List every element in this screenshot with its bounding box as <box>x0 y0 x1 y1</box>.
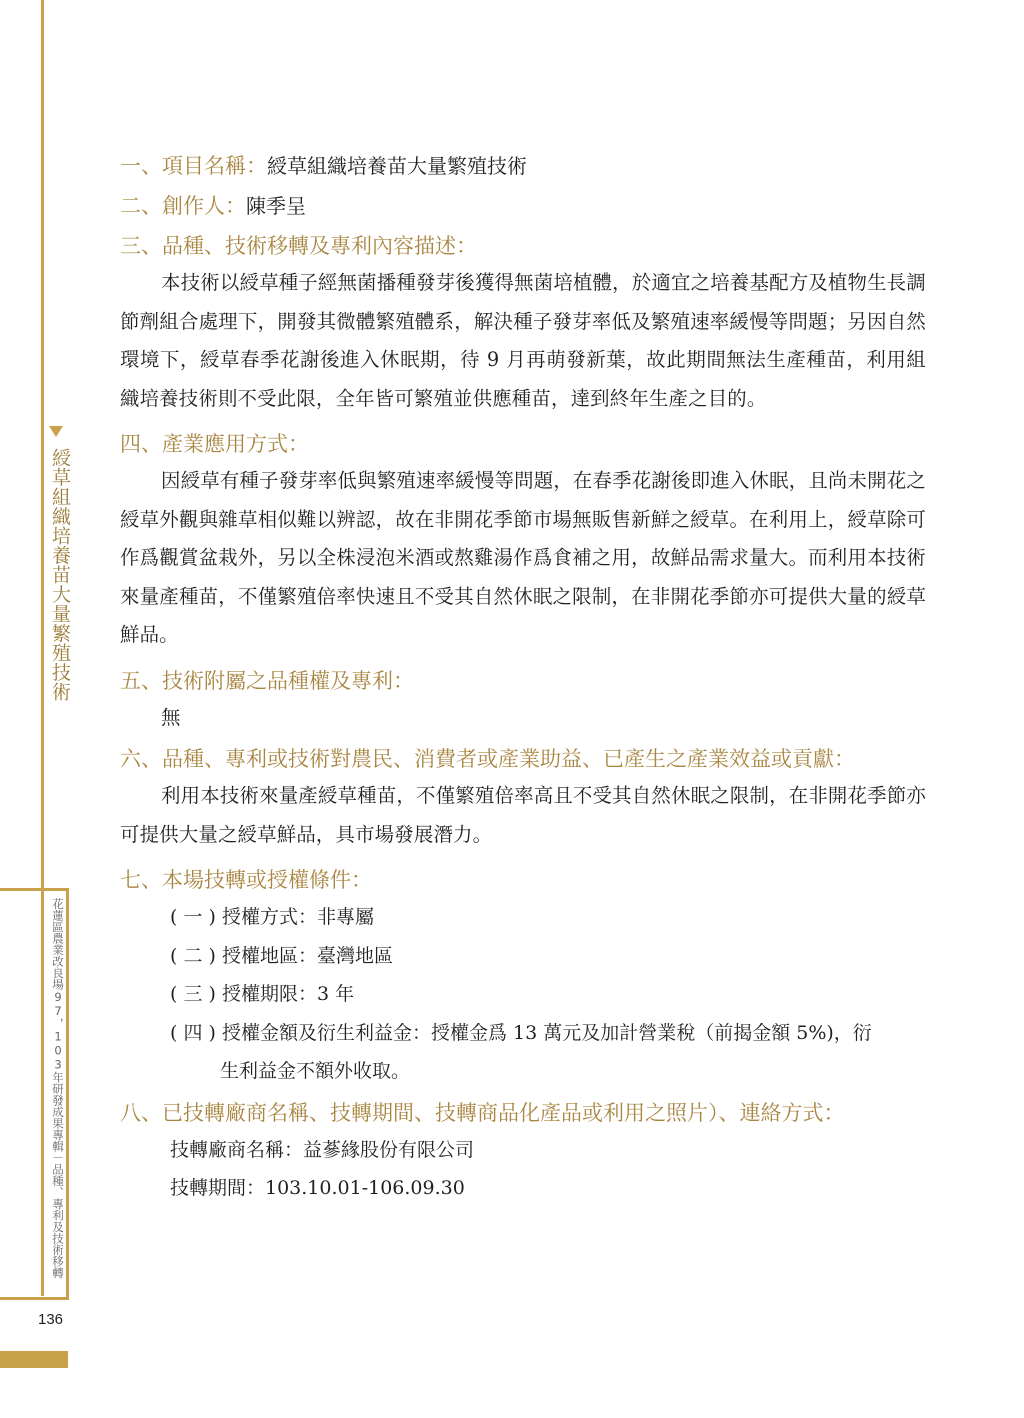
section-benefit-heading: 六、品種、專利或技術對農民、消費者或產業助益、已產生之產業效益或貢獻： <box>120 741 926 777</box>
transfer-company: 技轉廠商名稱：益蔘緣股份有限公司 <box>120 1131 926 1170</box>
section-transfer-heading: 八、已技轉廠商名稱、技轉期間、技轉商品化產品或利用之照片）、連絡方式： <box>120 1095 926 1131</box>
license-condition-4-continued: 生利益金不額外收取。 <box>120 1052 926 1091</box>
license-condition-2: ( 二 ) 授權地區：臺灣地區 <box>120 937 926 976</box>
section-application-heading: 四、產業應用方式： <box>120 426 926 462</box>
section-creator: 二、創作人：陳季呈 <box>120 188 926 224</box>
section-benefit-body: 利用本技術來量產綬草種苗，不僅繁殖倍率高且不受其自然休眠之限制，在非開花季節亦可… <box>120 777 926 854</box>
section-label: 一、項目名稱： <box>120 154 267 178</box>
document-body: 一、項目名稱：綬草組織培養苗大量繁殖技術 二、創作人：陳季呈 三、品種、技術移轉… <box>120 148 926 1208</box>
page-number: 136 <box>38 1311 63 1328</box>
section-description-heading: 三、品種、技術移轉及專利內容描述： <box>120 228 926 264</box>
section-description-body: 本技術以綬草種子經無菌播種發芽後獲得無菌培植體，於適宜之培養基配方及植物生長調節… <box>120 264 926 418</box>
chapter-title-vertical: 綬草組織培養苗大量繁殖技術 <box>46 448 70 702</box>
license-condition-4: ( 四 ) 授權金額及衍生利益金：授權金爲 13 萬元及加計營業稅（前揭金額 5… <box>120 1014 926 1053</box>
license-condition-3: ( 三 ) 授權期限：3 年 <box>120 975 926 1014</box>
section-project-name: 一、項目名稱：綬草組織培養苗大量繁殖技術 <box>120 148 926 184</box>
footer-accent-bar <box>0 1351 68 1368</box>
section-application-body: 因綬草有種子發芽率低與繁殖速率緩慢等問題，在春季花謝後即進入休眠，且尚未開花之綬… <box>120 462 926 655</box>
transfer-period: 技轉期間：103.10.01-106.09.30 <box>120 1169 926 1208</box>
section-value: 陳季呈 <box>246 194 306 218</box>
section-license-heading: 七、本場技轉或授權條件： <box>120 862 926 898</box>
license-condition-1: ( 一 ) 授權方式：非專屬 <box>120 898 926 937</box>
triangle-down-icon <box>49 426 63 437</box>
section-patent-heading: 五、技術附屬之品種權及專利： <box>120 663 926 699</box>
section-patent-body: 無 <box>120 699 926 738</box>
section-value: 綬草組織培養苗大量繁殖技術 <box>267 154 527 178</box>
section-label: 二、創作人： <box>120 194 246 218</box>
book-title-vertical: 花蓮區農業改良場97，103年研發成果專輯－品種、專利及技術移轉 <box>46 898 64 1279</box>
